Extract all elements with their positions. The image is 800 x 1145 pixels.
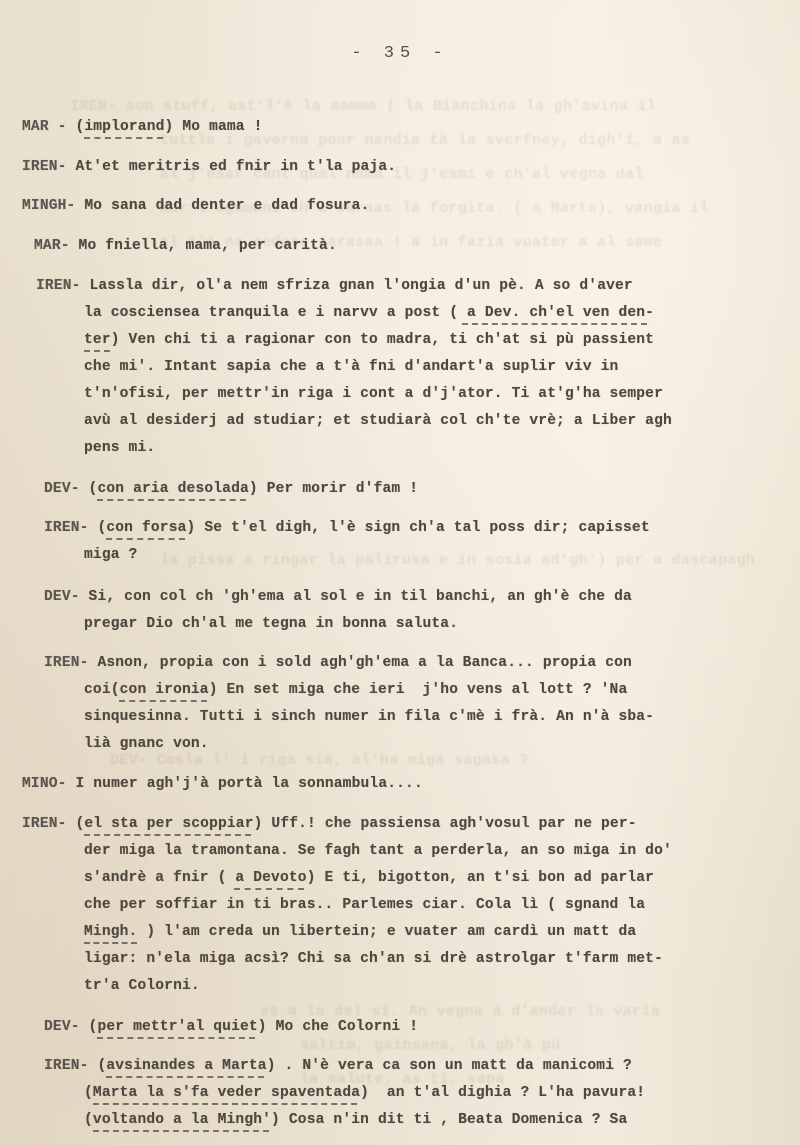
dialogue-continuation-line: ligar: n'ela miga acsì? Chi sa ch'an si …	[84, 950, 663, 968]
stage-direction-underline	[106, 1076, 264, 1078]
dialogue-text: coi(con ironia) En set miga che ieri j'h…	[84, 682, 627, 698]
dialogue-text: Mingh. ) l'am creda un libertein; e vuat…	[84, 924, 636, 940]
stage-direction-underline	[97, 1037, 255, 1039]
dialogue-text: s'andrè a fnir ( a Devoto) E ti, bigotto…	[84, 870, 654, 886]
dialogue-text: che mi'. Intant sapia che a t'à fni d'an…	[84, 359, 618, 375]
bleed-through-text: DEV- Cosla l' i riga sia, al'ha miga sag…	[110, 752, 529, 769]
dialogue-text: miga ?	[84, 547, 137, 563]
speaker-name: IREN-	[36, 278, 89, 294]
typewritten-page: IREN- son stuff, ast'l'è la mamma ( la B…	[0, 0, 800, 1145]
dialogue-text: la cosciensea tranquila e i narvv a post…	[84, 305, 654, 321]
dialogue-text: (voltando a la Mingh') Cosa n'in dit ti …	[84, 1112, 627, 1128]
page-number: - 35 -	[0, 44, 800, 63]
dialogue-text: ligar: n'ela miga acsì? Chi sa ch'an si …	[84, 951, 663, 967]
dialogue-continuation-line: t'n'ofisi, per mettr'in riga i cont a d'…	[84, 385, 663, 403]
speaker-name: MINO-	[22, 776, 75, 792]
dialogue-text: Si, con col ch 'gh'ema al sol e in til b…	[89, 589, 632, 605]
dialogue-text: sinquesinna. Tutti i sinch numer in fila…	[84, 709, 654, 725]
bleed-through-text: la pissa a ringar la palirusa e in sosia…	[160, 552, 765, 569]
dialogue-continuation-line: che per soffiar in ti bras.. Parlemes ci…	[84, 896, 645, 914]
dialogue-continuation-line: s'andrè a fnir ( a Devoto) E ti, bigotto…	[84, 869, 654, 887]
dialogue-text: pregar Dio ch'al me tegna in bonna salut…	[84, 616, 458, 632]
dialogue-line: IREN- Lassla dir, ol'a nem sfriza gnan l…	[36, 277, 633, 295]
dialogue-line: IREN- (avsinandes a Marta) . N'è vera ca…	[44, 1057, 632, 1075]
dialogue-line: MINO- I numer agh'j'à portà la sonnambul…	[22, 775, 423, 793]
dialogue-text: t'n'ofisi, per mettr'in riga i cont a d'…	[84, 386, 663, 402]
speaker-name: IREN-	[22, 816, 75, 832]
speaker-name: DEV-	[44, 589, 89, 605]
stage-direction-underline	[93, 1130, 269, 1132]
dialogue-text: (el sta per scoppiar) Uff.! che passiens…	[75, 816, 636, 832]
dialogue-text: avù al desiderj ad studiar; et studiarà …	[84, 413, 672, 429]
dialogue-continuation-line: sinquesinna. Tutti i sinch numer in fila…	[84, 708, 654, 726]
dialogue-text: I numer agh'j'à portà la sonnambula....	[75, 776, 422, 792]
dialogue-text: At'et meritris ed fnir in t'la paja.	[75, 159, 396, 175]
dialogue-text: (con aria desolada) Per morir d'fam !	[89, 481, 419, 497]
bleed-through-text: IREN- son stuff, ast'l'è la mamma ( la B…	[70, 98, 656, 115]
dialogue-continuation-line: (Marta la s'fa veder spaventada) an t'al…	[84, 1084, 645, 1102]
dialogue-text: Mo sana dad denter e dad fosura.	[84, 198, 369, 214]
dialogue-continuation-line: Mingh. ) l'am creda un libertein; e vuat…	[84, 923, 636, 941]
dialogue-text: der miga la tramontana. Se fagh tant a p…	[84, 843, 672, 859]
stage-direction-underline	[84, 137, 163, 139]
dialogue-line: MAR - (implorand) Mo mama !	[22, 118, 263, 136]
dialogue-continuation-line: coi(con ironia) En set miga che ieri j'h…	[84, 681, 627, 699]
speaker-name: DEV-	[44, 481, 89, 497]
dialogue-text: Mo fniella, mama, per carità.	[79, 238, 337, 254]
dialogue-line: IREN- (el sta per scoppiar) Uff.! che pa…	[22, 815, 637, 833]
dialogue-text: che per soffiar in ti bras.. Parlemes ci…	[84, 897, 645, 913]
dialogue-line: IREN- At'et meritris ed fnir in t'la paj…	[22, 158, 396, 176]
dialogue-text: tr'a Colorni.	[84, 978, 200, 994]
dialogue-continuation-line: (voltando a la Mingh') Cosa n'in dit ti …	[84, 1111, 627, 1129]
dialogue-text: Lassla dir, ol'a nem sfriza gnan l'ongia…	[89, 278, 632, 294]
dialogue-text: lià gnanc von.	[84, 736, 209, 752]
dialogue-text: Asnon, propia con i sold agh'gh'ema a la…	[97, 655, 631, 671]
stage-direction-underline	[462, 323, 647, 325]
stage-direction-underline	[106, 538, 185, 540]
dialogue-continuation-line: ter) Ven chi ti a ragionar con to madra,…	[84, 331, 654, 349]
dialogue-text: (con forsa) Se t'el digh, l'è sign ch'a …	[97, 520, 649, 536]
dialogue-line: IREN- (con forsa) Se t'el digh, l'è sign…	[44, 519, 650, 537]
dialogue-continuation-line: che mi'. Intant sapia che a t'à fni d'an…	[84, 358, 618, 376]
stage-direction-underline	[84, 350, 110, 352]
dialogue-line: MINGH- Mo sana dad denter e dad fosura.	[22, 197, 369, 215]
dialogue-line: IREN- Asnon, propia con i sold agh'gh'em…	[44, 654, 632, 672]
stage-direction-underline	[97, 499, 247, 501]
speaker-name: IREN-	[44, 655, 97, 671]
speaker-name: DEV-	[44, 1019, 89, 1035]
dialogue-line: DEV- Si, con col ch 'gh'ema al sol e in …	[44, 588, 632, 606]
bleed-through-text: saltim, gainsana, la gh'à pù	[300, 1037, 560, 1054]
stage-direction-underline	[84, 834, 251, 836]
speaker-name: MAR -	[22, 119, 75, 135]
dialogue-text: ter) Ven chi ti a ragionar con to madra,…	[84, 332, 654, 348]
stage-direction-underline	[93, 1103, 357, 1105]
speaker-name: MINGH-	[22, 198, 84, 214]
dialogue-text: (Marta la s'fa veder spaventada) an t'al…	[84, 1085, 645, 1101]
speaker-name: MAR-	[34, 238, 79, 254]
dialogue-line: DEV- (per mettr'al quiet) Mo che Colorni…	[44, 1018, 418, 1036]
dialogue-line: MAR- Mo fniella, mama, per carità.	[34, 237, 337, 255]
dialogue-line: DEV- (con aria desolada) Per morir d'fam…	[44, 480, 418, 498]
dialogue-continuation-line: lià gnanc von.	[84, 735, 209, 753]
speaker-name: IREN-	[44, 1058, 97, 1074]
speaker-name: IREN-	[22, 159, 75, 175]
dialogue-continuation-line: pregar Dio ch'al me tegna in bonna salut…	[84, 615, 458, 633]
dialogue-continuation-line: la cosciensea tranquila e i narvv a post…	[84, 304, 654, 322]
dialogue-continuation-line: tr'a Colorni.	[84, 977, 200, 995]
dialogue-continuation-line: der miga la tramontana. Se fagh tant a p…	[84, 842, 672, 860]
dialogue-continuation-line: miga ?	[84, 546, 137, 564]
stage-direction-underline	[84, 942, 137, 944]
dialogue-continuation-line: pens mi.	[84, 439, 155, 457]
speaker-name: IREN-	[44, 520, 97, 536]
dialogue-text: (implorand) Mo mama !	[75, 119, 262, 135]
stage-direction-underline	[119, 700, 207, 702]
dialogue-text: (per mettr'al quiet) Mo che Colorni !	[89, 1019, 419, 1035]
dialogue-text: (avsinandes a Marta) . N'è vera ca son u…	[97, 1058, 631, 1074]
dialogue-text: pens mi.	[84, 440, 155, 456]
stage-direction-underline	[234, 888, 304, 890]
dialogue-continuation-line: avù al desiderj ad studiar; et studiarà …	[84, 412, 672, 430]
